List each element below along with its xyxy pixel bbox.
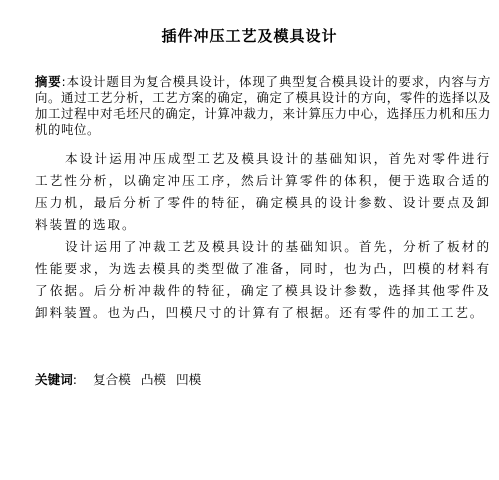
abstract-block: 摘要:本设计题目为复合模具设计，体现了典型复合模具设计的要求，内容与方向。通过工… (35, 74, 491, 138)
keywords-block: 关键词:复合模凸模凹模 (35, 371, 201, 389)
keyword-item: 复合模 (93, 372, 131, 387)
keywords-label: 关键词 (35, 372, 73, 387)
body-paragraph-2: 设计运用了冲裁工艺及模具设计的基础知识。首先，分析了板材的性能要求，为选去模具的… (35, 236, 491, 324)
document-page: 插件冲压工艺及模具设计 摘要:本设计题目为复合模具设计，体现了典型复合模具设计的… (0, 0, 499, 480)
keywords-separator: : (73, 372, 77, 387)
body-paragraph-1: 本设计运用冲压成型工艺及模具设计的基础知识，首先对零件进行工艺性分析，以确定冲压… (35, 148, 491, 236)
keyword-item: 凸模 (141, 372, 166, 387)
abstract-label: 摘要 (35, 74, 62, 89)
document-title: 插件冲压工艺及模具设计 (0, 27, 499, 45)
abstract-text: 本设计题目为复合模具设计，体现了典型复合模具设计的要求，内容与方向。通过工艺分析… (35, 74, 491, 137)
keyword-item: 凹模 (176, 372, 201, 387)
